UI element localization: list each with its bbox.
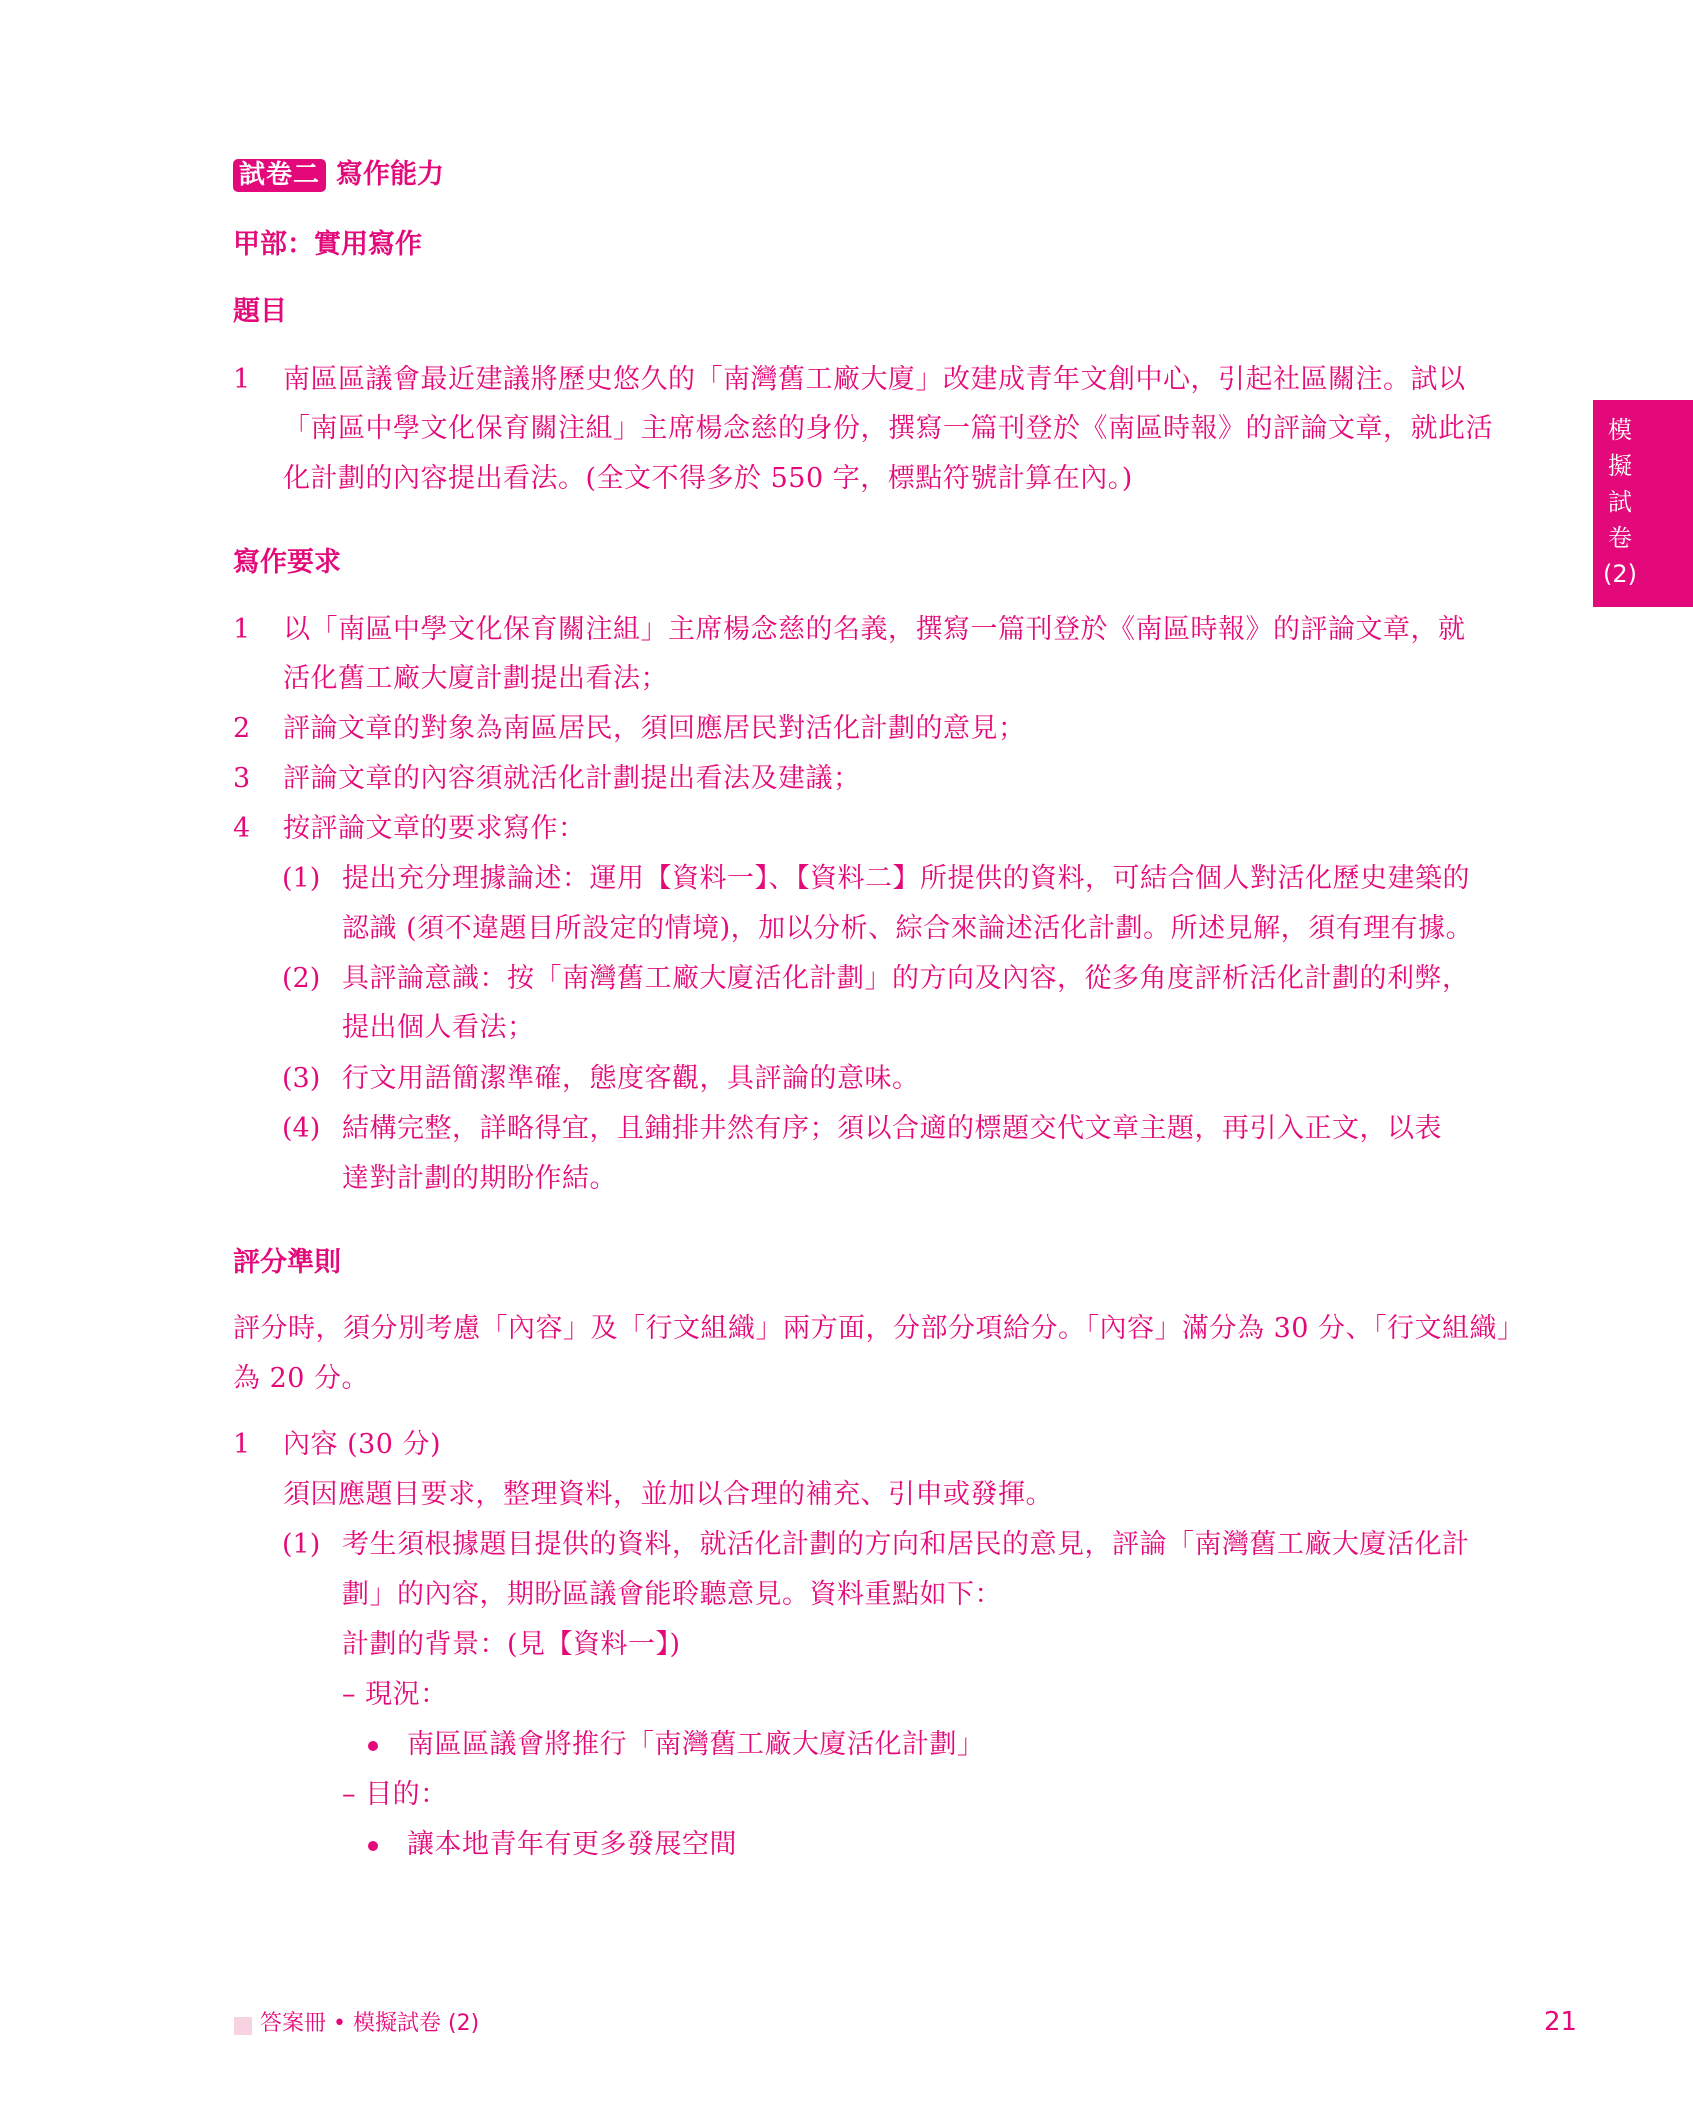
group-label-status: – 現況： bbox=[342, 1677, 448, 1713]
content-sub-line: 考生須根據題目提供的資料，就活化計劃的方向和居民的意見，評論「南灣舊工廠大廈活化… bbox=[342, 1527, 1470, 1563]
content-sub-line: 劃」的內容，期盼區議會能聆聽意見。資料重點如下： bbox=[342, 1577, 1002, 1613]
requirements-heading: 寫作要求 bbox=[233, 545, 341, 581]
subitem-line: 結構完整，詳略得宜，且鋪排井然有序；須以合適的標題交代文章主題，再引入正文，以表 bbox=[342, 1111, 1442, 1147]
requirement-line: 活化舊工廠大廈計劃提出看法； bbox=[283, 661, 668, 697]
question-line: 「南區中學文化保育關注組」主席楊念慈的身份，撰寫一篇刊登於《南區時報》的評論文章… bbox=[283, 411, 1493, 447]
footer-square-icon bbox=[234, 2017, 252, 2035]
side-tab-char: 試 bbox=[1593, 484, 1647, 520]
side-tab-label: 模 擬 試 卷 (2) bbox=[1593, 412, 1647, 592]
paper-title: 寫作能力 bbox=[336, 157, 444, 193]
bullet-icon bbox=[368, 1741, 378, 1751]
requirement-number: 3 bbox=[233, 761, 250, 797]
question-heading: 題目 bbox=[233, 294, 287, 330]
side-tab-char: 模 bbox=[1593, 412, 1647, 448]
section-title: 甲部：實用寫作 bbox=[233, 227, 422, 263]
document-page: 試卷二 寫作能力 甲部：實用寫作 題目 1 南區區議會最近建議將歷史悠久的「南灣… bbox=[0, 0, 1693, 2126]
scoring-intro-line: 為 20 分。 bbox=[233, 1361, 369, 1397]
subitem-line: 行文用語簡潔準確，態度客觀，具評論的意味。 bbox=[342, 1061, 920, 1097]
subitem-line: 提出個人看法； bbox=[342, 1010, 535, 1046]
requirement-number: 4 bbox=[233, 811, 250, 847]
bullet-text: 南區區議會將推行「南灣舊工廠大廈活化計劃」 bbox=[407, 1727, 985, 1763]
paper-badge: 試卷二 bbox=[233, 159, 326, 192]
question-line: 化計劃的內容提出看法。(全文不得多於 550 字，標點符號計算在內。) bbox=[283, 461, 1133, 497]
question-line: 南區區議會最近建議將歷史悠久的「南灣舊工廠大廈」改建成青年文創中心，引起社區關注… bbox=[283, 362, 1466, 398]
scoring-intro-line: 評分時，須分別考慮「內容」及「行文組織」兩方面，分部分項給分。「內容」滿分為 3… bbox=[233, 1311, 1525, 1347]
bullet-icon bbox=[368, 1841, 378, 1851]
subitem-number: (3) bbox=[282, 1061, 320, 1097]
content-sub-number: (1) bbox=[282, 1527, 320, 1563]
side-tab-char: (2) bbox=[1593, 556, 1647, 592]
requirement-line: 評論文章的對象為南區居民，須回應居民對活化計劃的意見； bbox=[283, 711, 1026, 747]
side-tab-char: 卷 bbox=[1593, 520, 1647, 556]
requirement-number: 1 bbox=[233, 612, 250, 648]
content-title: 內容 (30 分) bbox=[283, 1427, 441, 1463]
subitem-number: (2) bbox=[282, 961, 320, 997]
group-label-purpose: – 目的： bbox=[342, 1777, 448, 1813]
side-tab-char: 擬 bbox=[1593, 448, 1647, 484]
footer-separator: • bbox=[333, 2011, 346, 2036]
question-number: 1 bbox=[233, 362, 250, 398]
content-desc: 須因應題目要求，整理資料，並加以合理的補充、引申或發揮。 bbox=[283, 1477, 1053, 1513]
footer-label: 答案冊 • 模擬試卷 (2) bbox=[260, 2008, 479, 2040]
subitem-line: 提出充分理據論述：運用【資料一】、【資料二】所提供的資料，可結合個人對活化歷史建… bbox=[342, 861, 1470, 897]
background-label: 計劃的背景：(見【資料一】) bbox=[342, 1627, 681, 1663]
content-number: 1 bbox=[233, 1427, 250, 1463]
side-tab-mock-paper[interactable]: 模 擬 試 卷 (2) bbox=[1593, 400, 1693, 607]
requirement-line: 評論文章的內容須就活化計劃提出看法及建議； bbox=[283, 761, 861, 797]
subitem-number: (1) bbox=[282, 861, 320, 897]
subitem-line: 認識 (須不違題目所設定的情境)，加以分析、綜合來論述活化計劃。所述見解，須有理… bbox=[342, 911, 1473, 947]
requirement-line: 按評論文章的要求寫作： bbox=[283, 811, 586, 847]
scoring-heading: 評分準則 bbox=[233, 1245, 341, 1281]
requirement-number: 2 bbox=[233, 711, 250, 747]
subitem-number: (4) bbox=[282, 1111, 320, 1147]
bullet-text: 讓本地青年有更多發展空間 bbox=[407, 1827, 737, 1863]
page-number: 21 bbox=[1544, 2004, 1577, 2040]
subitem-line: 達對計劃的期盼作結。 bbox=[342, 1161, 617, 1197]
subitem-line: 具評論意識：按「南灣舊工廠大廈活化計劃」的方向及內容，從多角度評析活化計劃的利弊… bbox=[342, 961, 1470, 997]
footer-book: 答案冊 bbox=[260, 2011, 326, 2036]
requirement-line: 以「南區中學文化保育關注組」主席楊念慈的名義，撰寫一篇刊登於《南區時報》的評論文… bbox=[283, 612, 1466, 648]
footer-paper: 模擬試卷 (2) bbox=[353, 2011, 479, 2036]
